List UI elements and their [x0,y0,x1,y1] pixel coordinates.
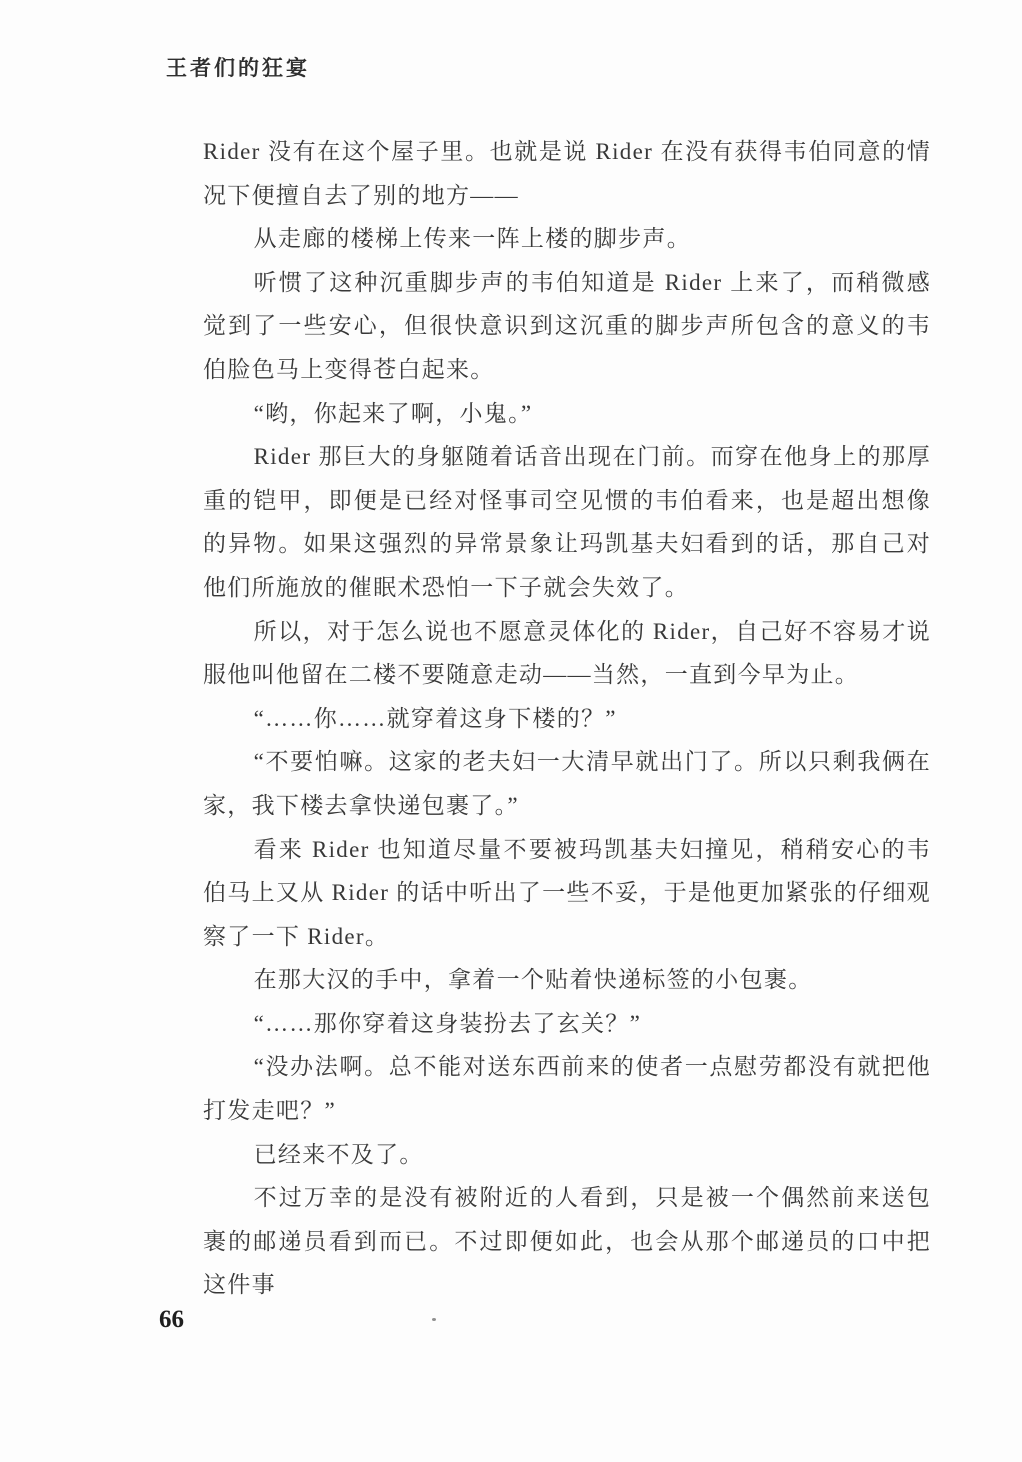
book-page: 王者们的狂宴 Rider 没有在这个屋子里。也就是说 Rider 在没有获得韦伯… [0,0,1022,1462]
paragraph: “不要怕嘛。这家的老夫妇一大清早就出门了。所以只剩我俩在家，我下楼去拿快递包裹了… [203,740,931,827]
paragraph: Rider 那巨大的身躯随着话音出现在门前。而穿在他身上的那厚重的铠甲，即便是已… [203,435,931,609]
paragraph: 从走廊的楼梯上传来一阵上楼的脚步声。 [203,217,931,261]
paragraph: Rider 没有在这个屋子里。也就是说 Rider 在没有获得韦伯同意的情况下便… [203,130,931,217]
running-header: 王者们的狂宴 [166,52,310,82]
paragraph: “没办法啊。总不能对送东西前来的使者一点慰劳都没有就把他打发走吧？” [203,1045,931,1132]
paragraph: 已经来不及了。 [203,1133,931,1177]
paragraph: 看来 Rider 也知道尽量不要被玛凯基夫妇撞见，稍稍安心的韦伯马上又从 Rid… [203,828,931,959]
scan-speck [432,1318,436,1321]
body-text: Rider 没有在这个屋子里。也就是说 Rider 在没有获得韦伯同意的情况下便… [203,130,931,1307]
paragraph: 所以，对于怎么说也不愿意灵体化的 Rider，自己好不容易才说服他叫他留在二楼不… [203,610,931,697]
paragraph: “……那你穿着这身装扮去了玄关？” [203,1002,931,1046]
paragraph: 在那大汉的手中，拿着一个贴着快递标签的小包裹。 [203,958,931,1002]
paragraph: “哟，你起来了啊，小鬼。” [203,392,931,436]
paragraph: 不过万幸的是没有被附近的人看到，只是被一个偶然前来送包裹的邮递员看到而已。不过即… [203,1176,931,1307]
page-number: 66 [159,1306,184,1334]
paragraph: “……你……就穿着这身下楼的？” [203,697,931,741]
paragraph: 听惯了这种沉重脚步声的韦伯知道是 Rider 上来了，而稍微感觉到了一些安心，但… [203,261,931,392]
